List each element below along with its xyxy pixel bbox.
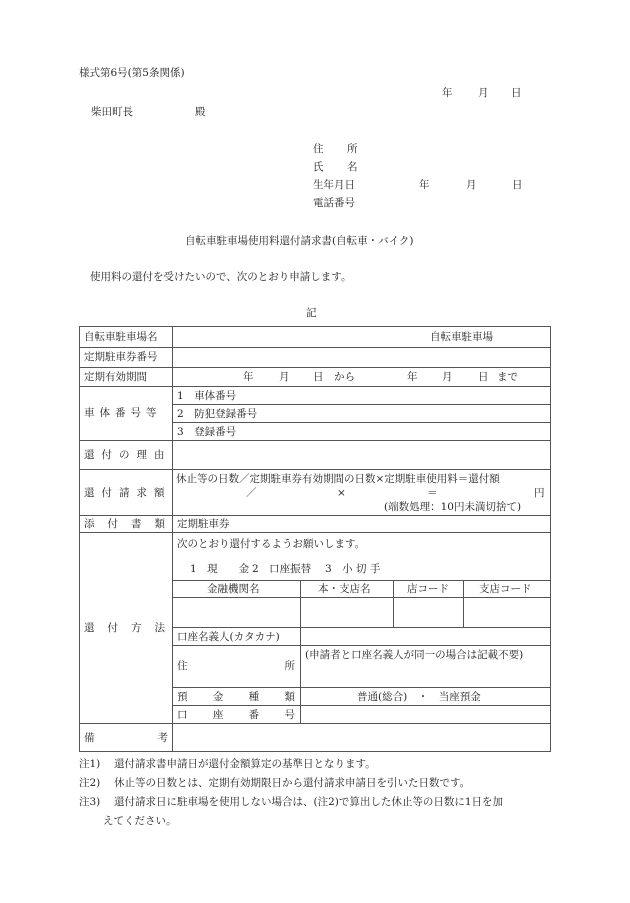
date-year: 年: [442, 85, 453, 100]
ki-heading: 記: [306, 305, 317, 320]
address-label-2: 所: [347, 141, 358, 156]
note-2-mark: 注2): [79, 776, 100, 790]
birth-day: 日: [512, 177, 523, 192]
note-3-mark: 注3): [79, 795, 100, 809]
address-label-1: 住: [313, 141, 324, 156]
account-holder-field[interactable]: [301, 628, 550, 645]
account-number-label: 口座番号: [177, 708, 295, 722]
period-field[interactable]: [173, 368, 550, 386]
bank-header-code: 店コード: [407, 582, 449, 596]
amount-formula: 休止等の日数／定期駐車券有効期間の日数×定期駐車使用料＝還付額: [176, 472, 500, 486]
method-option-cash[interactable]: 1 現 金: [190, 562, 249, 576]
account-holder-label: 口座名義人(カタカナ): [177, 630, 280, 644]
reason-field[interactable]: [173, 441, 550, 469]
holder-address-note: (申請者と口座名義人が同一の場合は記載不要): [305, 648, 549, 662]
period-to-day: 日: [478, 370, 489, 384]
note-1-text: 還付請求書申請日が還付金額算定の基準日となります。: [114, 757, 376, 771]
period-to-month: 月: [442, 370, 453, 384]
amount-slash: ／: [246, 486, 257, 500]
intro-text: 使用料の還付を受けたいので、次のとおり申請します。: [90, 269, 351, 284]
period-from-year: 年: [243, 370, 254, 384]
account-number-field[interactable]: [301, 706, 550, 723]
attachment-label: 添付書類: [84, 517, 178, 531]
vehicle-option-1[interactable]: 1 車体番号: [177, 389, 236, 403]
note-3-continuation: えてください。: [103, 814, 177, 828]
period-label: 定期有効期間: [84, 370, 168, 384]
holder-address-label: 住所: [177, 659, 295, 673]
bank-name-field[interactable]: [173, 598, 300, 627]
branch-name-field[interactable]: [301, 598, 393, 627]
amount-rounding-note: (端数処理：10円未満切捨て): [384, 500, 521, 514]
amount-times: ×: [337, 486, 346, 500]
parking-name-label: 自転車駐車場名: [84, 330, 158, 344]
birth-year: 年: [419, 177, 430, 192]
bank-code-field[interactable]: [394, 598, 463, 627]
period-to-year: 年: [407, 370, 418, 384]
parking-name-suffix: 自転車駐車場: [430, 330, 493, 344]
name-label-1: 氏: [313, 159, 324, 174]
ticket-number-field[interactable]: [173, 348, 550, 367]
ticket-number-label: 定期駐車券番号: [84, 350, 158, 364]
note-3-text: 還付請求日に駐車場を使用しない場合は、(注2)で算出した休止等の日数に1日を加: [114, 795, 503, 809]
bank-header-branch: 本・支店名: [318, 582, 371, 596]
deposit-type-value[interactable]: 普通(総合) ・ 当座預金: [357, 690, 481, 704]
addressee: 柴田町長: [91, 104, 133, 119]
period-from-day: 日: [313, 370, 324, 384]
amount-label: 還付請求額: [84, 486, 172, 500]
vehicle-label: 車体番号等: [84, 406, 162, 420]
method-option-transfer[interactable]: 2 口座振替: [252, 562, 311, 576]
honorific: 殿: [195, 104, 206, 119]
method-label: 還付方法: [84, 621, 178, 635]
note-2-text: 休止等の日数とは、定期有効期限日から還付請求申請日を引いた日数です。: [114, 776, 470, 790]
method-request: 次のとおり還付するようお願いします。: [177, 537, 365, 551]
name-label-2: 名: [347, 159, 358, 174]
date-day: 日: [511, 85, 522, 100]
amount-yen: 円: [534, 486, 545, 500]
vehicle-option-2[interactable]: 2 防犯登録番号: [177, 407, 257, 421]
note-1-mark: 注1): [79, 757, 100, 771]
deposit-type-label: 預金種類: [177, 690, 295, 704]
birth-month: 月: [466, 177, 477, 192]
bank-header-name: 金融機関名: [207, 582, 260, 596]
phone-label: 電話番号: [313, 195, 355, 210]
period-to-text: まで: [497, 370, 518, 384]
birth-label: 生年月日: [313, 177, 355, 192]
reason-label: 還付の理由: [84, 448, 172, 462]
amount-equals: ＝: [427, 486, 438, 500]
document-title: 自転車駐車場使用料還付請求書(自転車・バイク): [185, 233, 413, 248]
attachment-value: 定期駐車券: [177, 517, 230, 531]
period-from-month: 月: [279, 370, 290, 384]
form-number: 様式第6号(第5条関係): [79, 65, 185, 80]
branch-code-field[interactable]: [464, 598, 550, 627]
parking-name-field[interactable]: [173, 327, 550, 347]
date-month: 月: [478, 85, 489, 100]
vehicle-option-3[interactable]: 3 登録番号: [177, 425, 236, 439]
period-from-text: から: [334, 370, 355, 384]
method-option-check[interactable]: 3 小 切 手: [325, 562, 380, 576]
remarks-field[interactable]: [173, 724, 550, 751]
remarks-label: 備考: [84, 731, 168, 745]
bank-header-branch-code: 支店コード: [479, 582, 532, 596]
